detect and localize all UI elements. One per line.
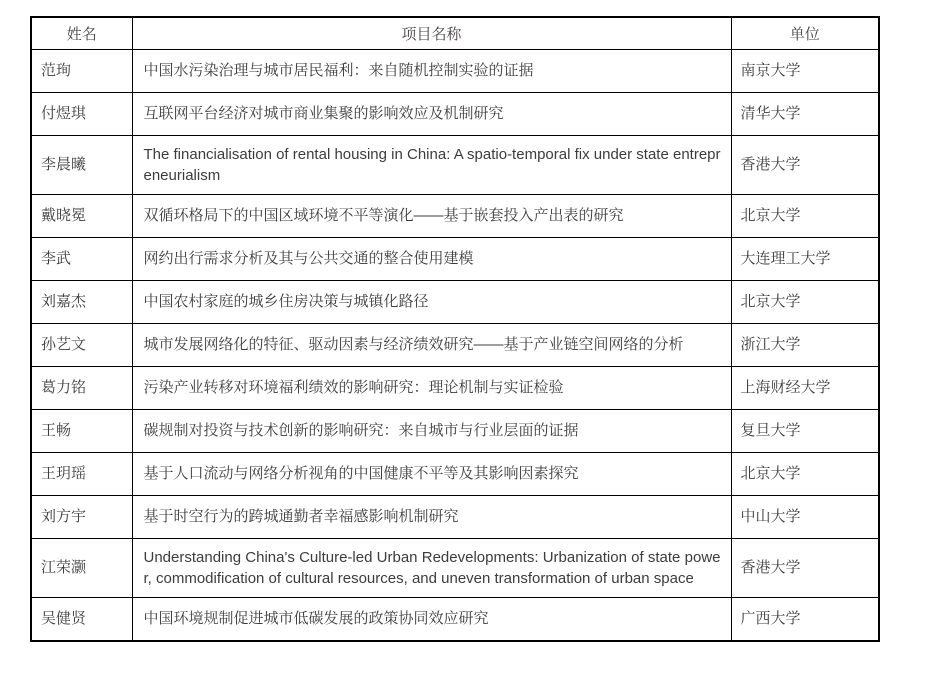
cell-unit: 清华大学: [731, 92, 879, 135]
cell-name: 葛力铭: [31, 366, 132, 409]
table-row: 付煜琪 互联网平台经济对城市商业集聚的影响效应及机制研究 清华大学: [31, 92, 879, 135]
header-cell-project: 项目名称: [132, 17, 731, 49]
table-row: 王畅 碳规制对投资与技术创新的影响研究：来自城市与行业层面的证据 复旦大学: [31, 409, 879, 452]
table-row: 吴健贤 中国环境规制促进城市低碳发展的政策协同效应研究 广西大学: [31, 597, 879, 641]
cell-project: 基于时空行为的跨城通勤者幸福感影响机制研究: [132, 495, 731, 538]
cell-name: 孙艺文: [31, 323, 132, 366]
cell-unit: 北京大学: [731, 452, 879, 495]
cell-unit: 香港大学: [731, 538, 879, 597]
cell-unit: 香港大学: [731, 135, 879, 194]
table-row: 李武 网约出行需求分析及其与公共交通的整合使用建模 大连理工大学: [31, 237, 879, 280]
table-row: 孙艺文 城市发展网络化的特征、驱动因素与经济绩效研究——基于产业链空间网络的分析…: [31, 323, 879, 366]
cell-unit: 浙江大学: [731, 323, 879, 366]
cell-name: 王玥瑶: [31, 452, 132, 495]
cell-project: 双循环格局下的中国区域环境不平等演化——基于嵌套投入产出表的研究: [132, 194, 731, 237]
cell-project: 中国农村家庭的城乡住房决策与城镇化路径: [132, 280, 731, 323]
cell-unit: 中山大学: [731, 495, 879, 538]
cell-name: 王畅: [31, 409, 132, 452]
cell-project: 城市发展网络化的特征、驱动因素与经济绩效研究——基于产业链空间网络的分析: [132, 323, 731, 366]
cell-name: 李晨曦: [31, 135, 132, 194]
project-roster-table: 姓名 项目名称 单位 范珣 中国水污染治理与城市居民福利：来自随机控制实验的证据…: [30, 16, 880, 642]
cell-unit: 大连理工大学: [731, 237, 879, 280]
table-row: 刘嘉杰 中国农村家庭的城乡住房决策与城镇化路径 北京大学: [31, 280, 879, 323]
cell-name: 范珣: [31, 49, 132, 92]
cell-unit: 北京大学: [731, 280, 879, 323]
table-row: 葛力铭 污染产业转移对环境福利绩效的影响研究：理论机制与实证检验 上海财经大学: [31, 366, 879, 409]
header-cell-unit: 单位: [731, 17, 879, 49]
cell-name: 刘嘉杰: [31, 280, 132, 323]
header-row: 姓名 项目名称 单位: [31, 17, 879, 49]
cell-project: Understanding China's Culture-led Urban …: [132, 538, 731, 597]
cell-name: 吴健贤: [31, 597, 132, 641]
table-row: 范珣 中国水污染治理与城市居民福利：来自随机控制实验的证据 南京大学: [31, 49, 879, 92]
table-row: 李晨曦 The financialisation of rental housi…: [31, 135, 879, 194]
cell-project: 网约出行需求分析及其与公共交通的整合使用建模: [132, 237, 731, 280]
table-row: 江荣灏 Understanding China's Culture-led Ur…: [31, 538, 879, 597]
cell-project: The financialisation of rental housing i…: [132, 135, 731, 194]
cell-project: 碳规制对投资与技术创新的影响研究：来自城市与行业层面的证据: [132, 409, 731, 452]
cell-name: 李武: [31, 237, 132, 280]
cell-project: 中国环境规制促进城市低碳发展的政策协同效应研究: [132, 597, 731, 641]
cell-unit: 南京大学: [731, 49, 879, 92]
cell-unit: 广西大学: [731, 597, 879, 641]
cell-project: 中国水污染治理与城市居民福利：来自随机控制实验的证据: [132, 49, 731, 92]
cell-unit: 复旦大学: [731, 409, 879, 452]
cell-name: 戴晓冕: [31, 194, 132, 237]
cell-project: 污染产业转移对环境福利绩效的影响研究：理论机制与实证检验: [132, 366, 731, 409]
cell-unit: 北京大学: [731, 194, 879, 237]
cell-name: 江荣灏: [31, 538, 132, 597]
cell-name: 刘方宇: [31, 495, 132, 538]
table-row: 王玥瑶 基于人口流动与网络分析视角的中国健康不平等及其影响因素探究 北京大学: [31, 452, 879, 495]
table-row: 戴晓冕 双循环格局下的中国区域环境不平等演化——基于嵌套投入产出表的研究 北京大…: [31, 194, 879, 237]
table-row: 刘方宇 基于时空行为的跨城通勤者幸福感影响机制研究 中山大学: [31, 495, 879, 538]
cell-name: 付煜琪: [31, 92, 132, 135]
header-cell-name: 姓名: [31, 17, 132, 49]
cell-project: 互联网平台经济对城市商业集聚的影响效应及机制研究: [132, 92, 731, 135]
cell-unit: 上海财经大学: [731, 366, 879, 409]
cell-project: 基于人口流动与网络分析视角的中国健康不平等及其影响因素探究: [132, 452, 731, 495]
